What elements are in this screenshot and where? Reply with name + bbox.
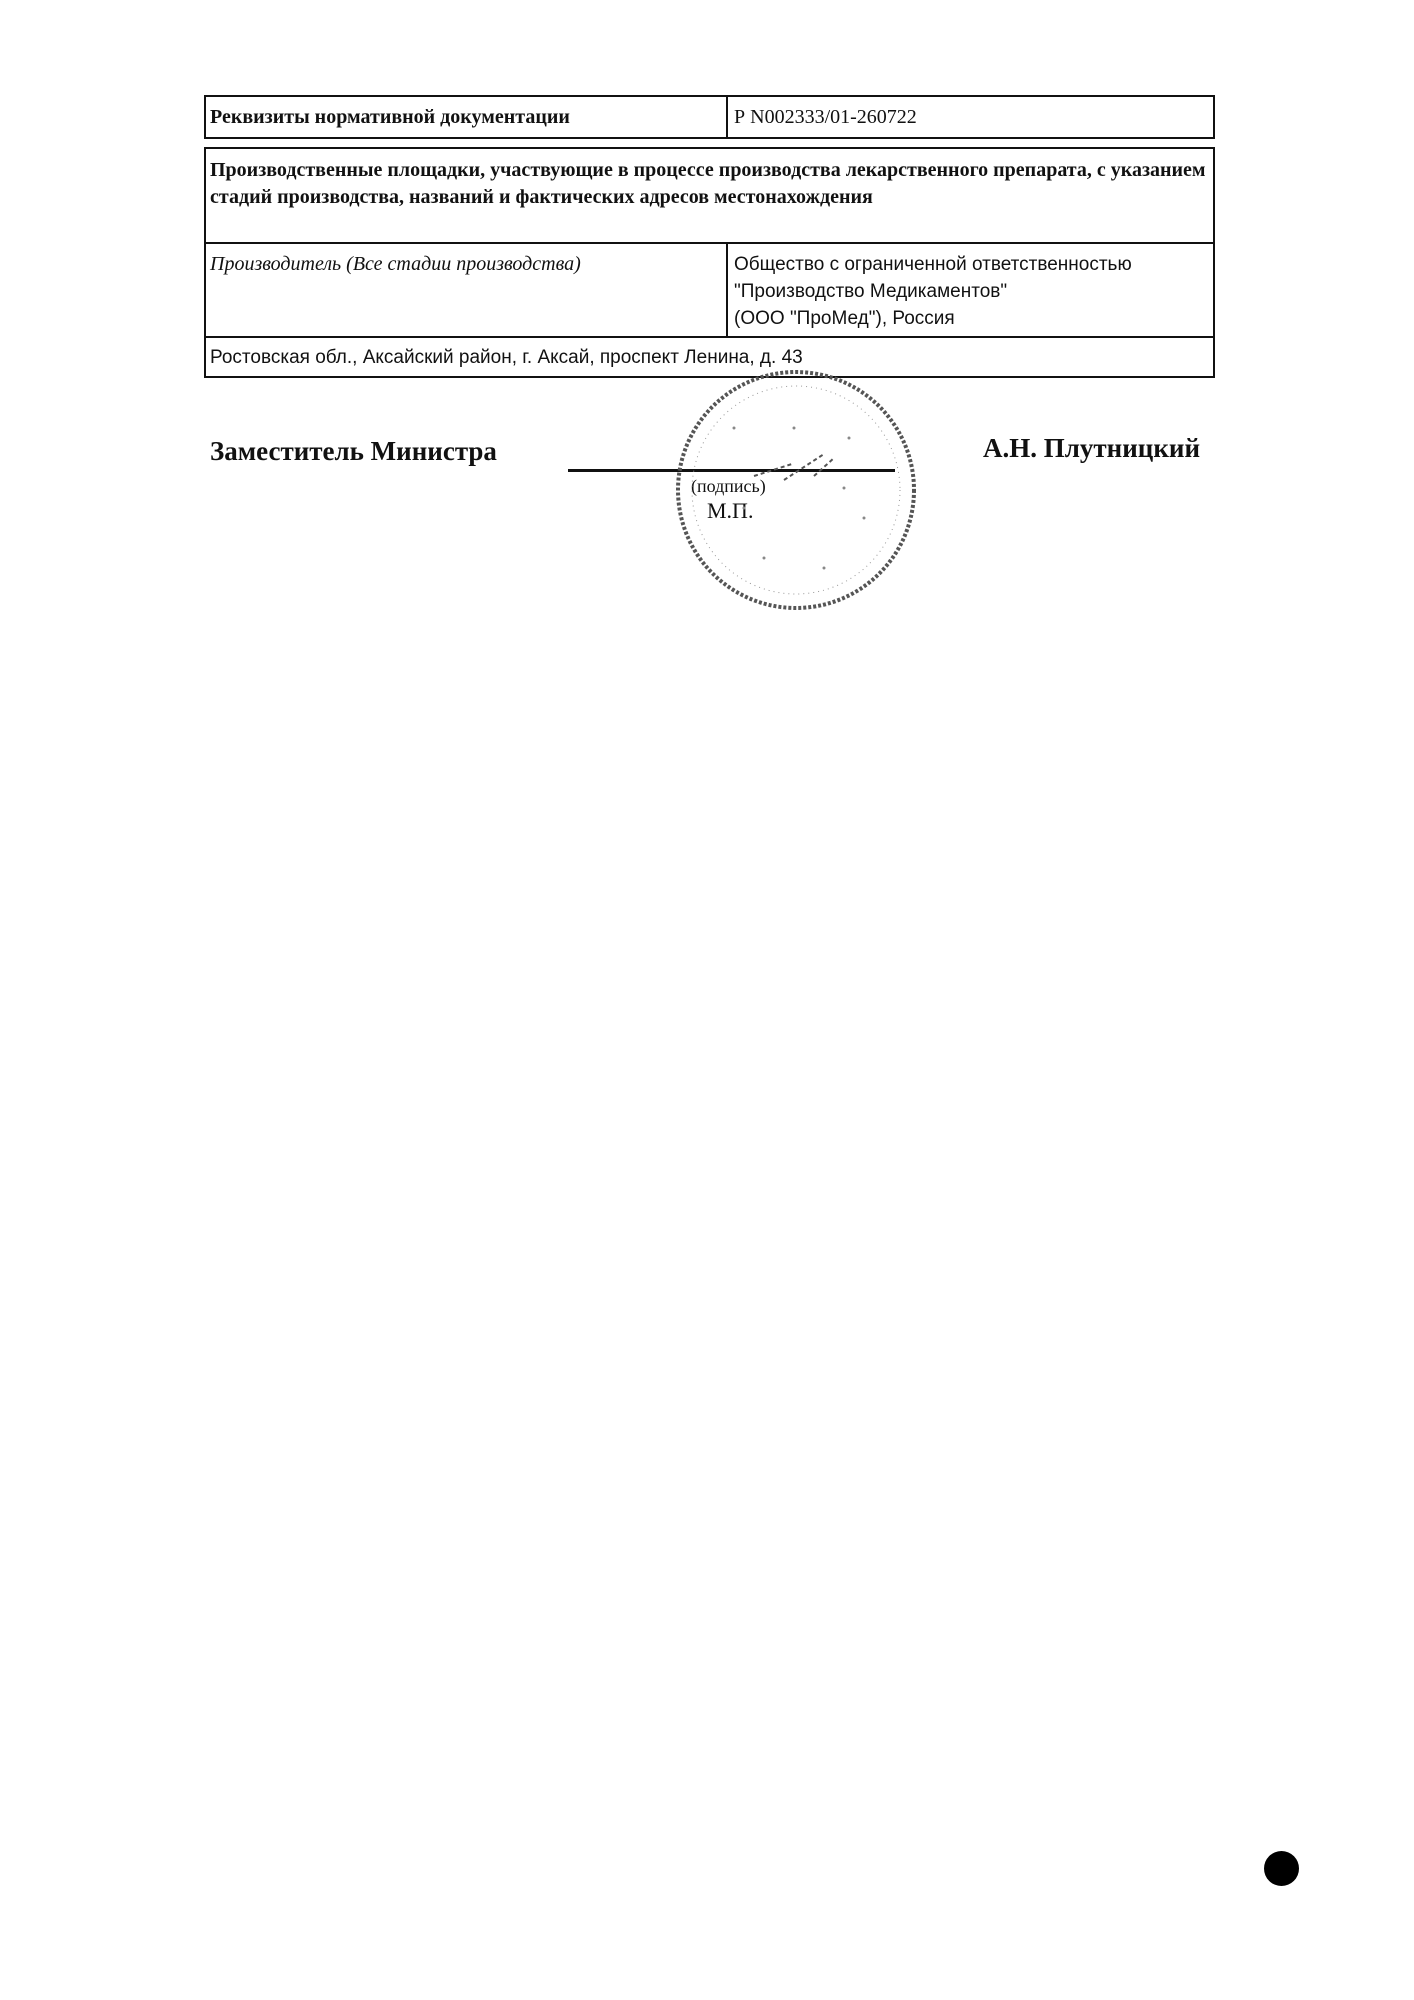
signatory-name: А.Н. Плутницкий	[983, 433, 1200, 464]
company-line: "Производство Медикаментов"	[734, 278, 1213, 305]
production-sites-table: Производственные площадки, участвующие в…	[204, 147, 1215, 378]
normative-doc-table: Реквизиты нормативной документации Р N00…	[204, 95, 1215, 139]
manufacturer-address: Ростовская обл., Аксайский район, г. Акс…	[206, 338, 1213, 376]
signature-caption: (подпись)	[691, 476, 766, 497]
company-line: (ООО "ПроМед"), Россия	[734, 305, 1213, 332]
signatory-title: Заместитель Министра	[210, 436, 497, 467]
company-line: Общество с ограниченной ответственностью	[734, 251, 1213, 278]
manufacturer-company: Общество с ограниченной ответственностью…	[728, 244, 1213, 338]
scan-mark-dot	[1264, 1851, 1299, 1886]
stamp-mark: М.П.	[707, 498, 753, 524]
production-sites-header: Производственные площадки, участвующие в…	[206, 149, 1213, 244]
signature-line	[568, 469, 895, 472]
normative-doc-value: Р N002333/01-260722	[728, 97, 1213, 137]
normative-doc-label: Реквизиты нормативной документации	[206, 97, 728, 137]
manufacturer-role: Производитель (Все стадии производства)	[206, 244, 728, 338]
